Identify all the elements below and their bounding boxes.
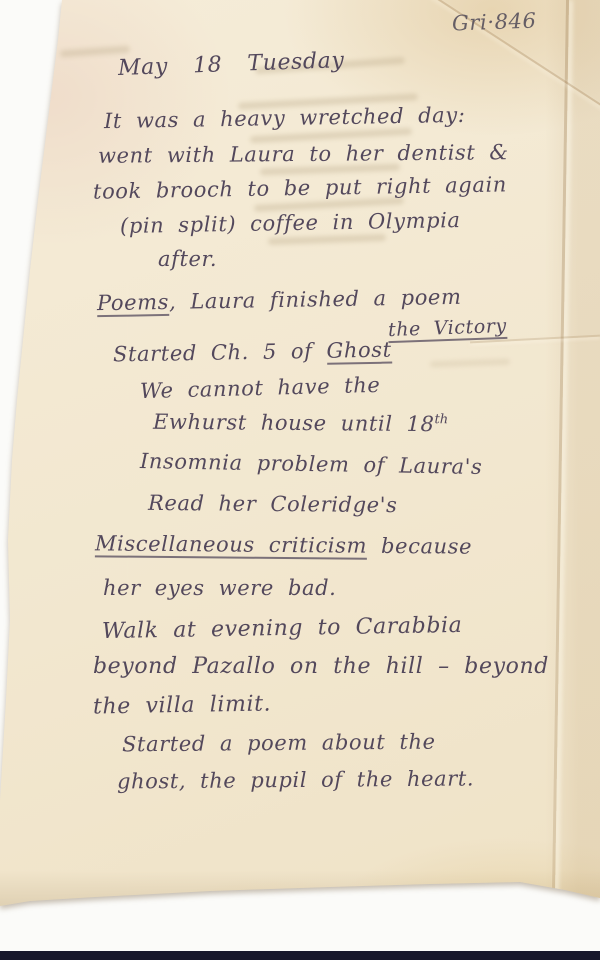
bleed-smudge (430, 359, 510, 368)
diary-line-insertion: the Victory (388, 315, 508, 341)
line-text: Started a poem about the (122, 730, 436, 757)
diary-line: the villa limit. (93, 691, 272, 719)
line-text: because (367, 534, 472, 559)
diary-line: Poems, Laura finished a poem (97, 285, 462, 315)
scanned-page-container: Gri·846 May 18 Tuesday It was a heavy wr… (0, 0, 600, 960)
diary-line: took brooch to be put right again (93, 172, 507, 203)
catalog-number: Gri·846 (452, 9, 537, 36)
superscript-text: th (435, 412, 449, 427)
diary-line: Started Ch. 5 of Ghost (113, 338, 392, 367)
line-text: Started Ch. 5 of (113, 339, 327, 367)
diary-line: (pin split) coffee in Olympia (120, 208, 461, 238)
line-text: (pin split) coffee in Olympia (120, 208, 461, 238)
line-text: Walk at evening to Carabbia (102, 613, 463, 644)
line-text: Insomnia problem of Laura's (140, 449, 483, 479)
bleed-smudge (268, 234, 386, 245)
diary-line: It was a heavy wretched day: (104, 103, 466, 133)
diary-line: Read her Coleridge's (148, 491, 398, 517)
underlined-text: the Victory (388, 315, 508, 343)
line-text: after. (158, 247, 217, 271)
underlined-text: Miscellaneous criticism (95, 531, 367, 559)
diary-line: Insomnia problem of Laura's (140, 449, 483, 479)
line-text: the villa limit. (93, 691, 272, 719)
line-text: took brooch to be put right again (93, 172, 507, 203)
diary-line: Started a poem about the (122, 730, 436, 757)
line-text: her eyes were bad. (103, 576, 336, 600)
line-text: beyond Pazallo on the hill – beyond (93, 654, 549, 679)
line-text: went with Laura to her dentist & (98, 140, 509, 168)
underlined-text: Poems (97, 290, 169, 317)
line-text: We cannot have the (140, 373, 381, 403)
diary-line: Walk at evening to Carabbia (102, 613, 463, 644)
diary-line: after. (158, 247, 217, 271)
date-heading: May 18 Tuesday (118, 48, 345, 81)
diary-line: Miscellaneous criticism because (95, 531, 472, 558)
manuscript-paper: Gri·846 May 18 Tuesday It was a heavy wr… (0, 0, 600, 960)
paper-shadow-wrap: Gri·846 May 18 Tuesday It was a heavy wr… (0, 0, 600, 960)
line-text: It was a heavy wretched day: (104, 103, 466, 133)
diary-line: her eyes were bad. (103, 576, 336, 600)
diary-line: ghost, the pupil of the heart. (117, 766, 474, 793)
line-text: , Laura finished a poem (169, 285, 462, 314)
diary-line: beyond Pazallo on the hill – beyond (93, 654, 549, 679)
underlined-text: Ghost (326, 338, 392, 365)
diary-line: Ewhurst house until 18th (153, 410, 448, 437)
diary-line: We cannot have the (140, 373, 381, 403)
line-text: ghost, the pupil of the heart. (117, 766, 474, 793)
fold-shading (545, 0, 600, 910)
scanner-edge-line (0, 951, 600, 960)
diary-line: went with Laura to her dentist & (98, 140, 509, 168)
line-text: Ewhurst house until 18 (153, 410, 435, 436)
line-text: Read her Coleridge's (148, 491, 398, 517)
